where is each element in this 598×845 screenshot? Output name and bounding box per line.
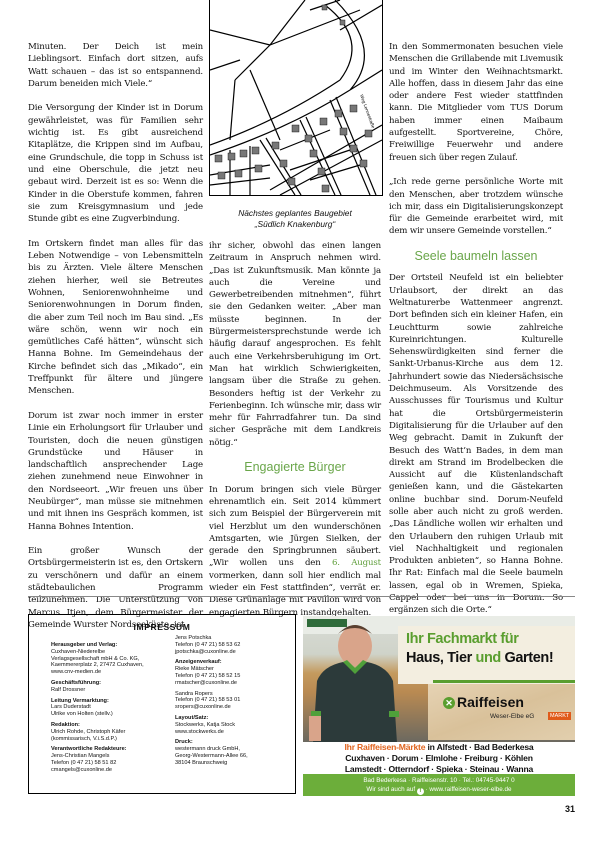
entry-line: (kommissarisch, V.i.S.d.P.) (51, 736, 171, 743)
contact-address: Bad Bederkesa · Raiffeisenstr. 10 · Tel.… (303, 776, 575, 785)
impressum-entry: Layout/Satz: Stockwerks, Katja Stock www… (175, 715, 290, 735)
impressum-box: IMPRESSUM Herausgeber und Verlag: Cuxhav… (28, 614, 296, 794)
entry-line: Rieke Mätscher (175, 666, 290, 673)
entry-line: 38104 Braunschweig (175, 760, 290, 767)
subheading-engagierte-buerger: Engagierte Bürger (209, 461, 381, 473)
paragraph: In den Sommermonaten besuchen viele Mens… (389, 41, 563, 164)
entry-line: Ulrich Rohde, Christoph Käfer (51, 729, 171, 736)
facebook-icon[interactable]: f (417, 788, 424, 795)
entry-line: Stockwerks, Katja Stock (175, 722, 290, 729)
entry-line: Verlagsgesellschaft mbH & Co. KG, (51, 656, 171, 663)
article-column-1: Minuten. Der Deich ist mein Lieblingsort… (28, 41, 203, 644)
impressum-entry: Leitung Vermarktung: Lars Duderstadt Ulr… (51, 698, 171, 718)
site-plan-map: Weg Lennestraße (209, 0, 383, 196)
publisher-website-link[interactable]: www.cnv-medien.de (51, 669, 171, 676)
impressum-title: IMPRESSUM (29, 624, 295, 631)
subheading-seele-baumeln-lassen: Seele baumeln lassen (389, 250, 563, 262)
raiffeisen-advertisement[interactable]: Ihr Fachmarkt für Haus, Tier und Garten!… (303, 616, 575, 796)
entry-label: Anzeigenverkauf: (175, 659, 290, 666)
raiffeisen-cross-icon: ✕ (443, 697, 455, 709)
paragraph: Minuten. Der Deich ist mein Lieblingsort… (28, 41, 203, 90)
entry-line: Jens-Christian Mangels (51, 753, 171, 760)
entry-line: Jens Potschka (175, 635, 290, 642)
email-link[interactable]: cmangels@cuxonline.de (51, 767, 171, 774)
article-column-2: ihr sicher, obwohl das einen langen Zeit… (209, 240, 381, 631)
text: in Alfstedt · Bad Bederkesa (425, 742, 533, 752)
paragraph: „Ich rede gerne persönliche Worte mit de… (389, 176, 563, 237)
impressum-entry: Redaktion: Ulrich Rohde, Christoph Käfer… (51, 722, 171, 742)
text: In Dorum bringen sich viele Bürger ehren… (209, 485, 381, 569)
entry-line: Telefon (0 47 21) 58 52 15 (175, 673, 290, 680)
entry-label: Herausgeber und Verlag: (51, 642, 171, 649)
markt-badge: MARKT (548, 712, 571, 720)
entry-line: Georg-Westermann-Allee 66, (175, 753, 290, 760)
entry-line: westermann druck GmbH, (175, 746, 290, 753)
entry-line: Ulrike von Holten (stellv.) (51, 711, 171, 718)
page-number: 31 (553, 804, 575, 814)
email-link[interactable]: sropers@cuxonline.de (175, 704, 290, 711)
raiffeisen-logo: ✕Raiffeisen (443, 694, 524, 710)
email-link[interactable]: jpotschka@cuxonline.de (175, 649, 290, 656)
paragraph: ihr sicher, obwohl das einen langen Zeit… (209, 240, 381, 449)
entry-label: Verantwortliche Redakteure: (51, 746, 171, 753)
map-caption-line-2: „Südlich Knakenburg“ (209, 219, 381, 230)
brand-subtitle: Weser-Elbe eG (490, 713, 534, 720)
entry-label: Layout/Satz: (175, 715, 290, 722)
impressum-entry: Herausgeber und Verlag: Cuxhaven-Niedere… (51, 642, 171, 676)
impressum-entry: Sandra Ropers Telefon (0 47 21) 58 53 01… (175, 691, 290, 711)
impressum-entry: Jens Potschka Telefon (0 47 21) 58 53 62… (175, 635, 290, 655)
map-caption: Nächstes geplantes Baugebiet „Südlich Kn… (209, 208, 381, 230)
text: Wir sind auch auf (366, 786, 416, 793)
entry-label: Geschäftsführung: (51, 680, 171, 687)
impressum-right-column: Jens Potschka Telefon (0 47 21) 58 53 62… (175, 635, 290, 771)
website-link[interactable]: · www.raiffeisen-weser-elbe.de (424, 786, 512, 793)
entry-line: Lars Duderstadt (51, 704, 171, 711)
locations-line-1: Ihr Raiffeisen-Märkte in Alfstedt · Bad … (303, 742, 575, 753)
article-column-3: In den Sommermonaten besuchen viele Mens… (389, 41, 563, 639)
text: Haus, Tier (406, 650, 475, 666)
market-locations: Ihr Raiffeisen-Märkte in Alfstedt · Bad … (303, 742, 575, 774)
ad-headline-line-2: Haus, Tier und Garten! (406, 650, 553, 666)
impressum-entry: Druck: westermann druck GmbH, Georg-West… (175, 739, 290, 766)
entry-label: Leitung Vermarktung: (51, 698, 171, 705)
paragraph: Die Versorgung der Kinder ist in Dorum g… (28, 102, 203, 225)
impressum-left-column: Herausgeber und Verlag: Cuxhaven-Niedere… (51, 642, 171, 778)
highlighted-date: 6. August (332, 558, 381, 568)
locations-line-2: Cuxhaven · Dorum · Elmlohe · Freiburg · … (303, 753, 575, 764)
paragraph: Der Ortsteil Neufeld ist ein beliebter U… (389, 272, 563, 616)
email-link[interactable]: rmatscher@cuxonline.de (175, 680, 290, 687)
map-caption-line-1: Nächstes geplantes Baugebiet (209, 208, 381, 219)
logo-panel: ✕Raiffeisen Weser-Elbe eG MARKT (428, 684, 575, 740)
entry-line: Kaemmererplatz 2, 27472 Cuxhaven, (51, 662, 171, 669)
ad-headline-line-1: Ihr Fachmarkt für (406, 631, 518, 647)
entry-label: Redaktion: (51, 722, 171, 729)
layout-website-link[interactable]: www.stockwerks.de (175, 729, 290, 736)
section-divider (28, 596, 575, 597)
text: vormerken, dann soll hier endlich mal wi… (209, 571, 381, 618)
brand-name: Raiffeisen (457, 694, 524, 710)
entry-line: Telefon (0 47 21) 58 53 01 (175, 697, 290, 704)
entry-line: Cuxhaven-Niederelbe (51, 649, 171, 656)
entry-line: Telefon (0 47 21) 58 53 62 (175, 642, 290, 649)
contact-web: Wir sind auch auf f · www.raiffeisen-wes… (303, 785, 575, 795)
paragraph: Dorum ist zwar noch immer in erster Lini… (28, 410, 203, 533)
ad-headline-banner: Ihr Fachmarkt für Haus, Tier und Garten! (398, 626, 575, 684)
paragraph: Im Ortskern findet man alles für das Leb… (28, 238, 203, 398)
paragraph: In Dorum bringen sich viele Bürger ehren… (209, 484, 381, 619)
impressum-entry: Anzeigenverkauf: Rieke Mätscher Telefon … (175, 659, 290, 686)
green-swoosh (433, 680, 575, 683)
street-label: Weg Lennestraße (359, 94, 376, 130)
map-drawing: Weg Lennestraße (210, 0, 382, 195)
entry-line: Sandra Ropers (175, 691, 290, 698)
text: Garten! (501, 650, 553, 666)
text: Ihr Raiffeisen-Märkte (344, 742, 425, 752)
entry-label: Druck: (175, 739, 290, 746)
entry-line: Ralf Drossner (51, 687, 171, 694)
impressum-entry: Verantwortliche Redakteure: Jens-Christi… (51, 746, 171, 773)
text: und (475, 650, 500, 666)
person-photo (303, 616, 403, 743)
ad-contact-bar: Bad Bederkesa · Raiffeisenstr. 10 · Tel.… (303, 774, 575, 796)
impressum-entry: Geschäftsführung: Ralf Drossner (51, 680, 171, 694)
entry-line: Telefon (0 47 21) 58 51 82 (51, 760, 171, 767)
